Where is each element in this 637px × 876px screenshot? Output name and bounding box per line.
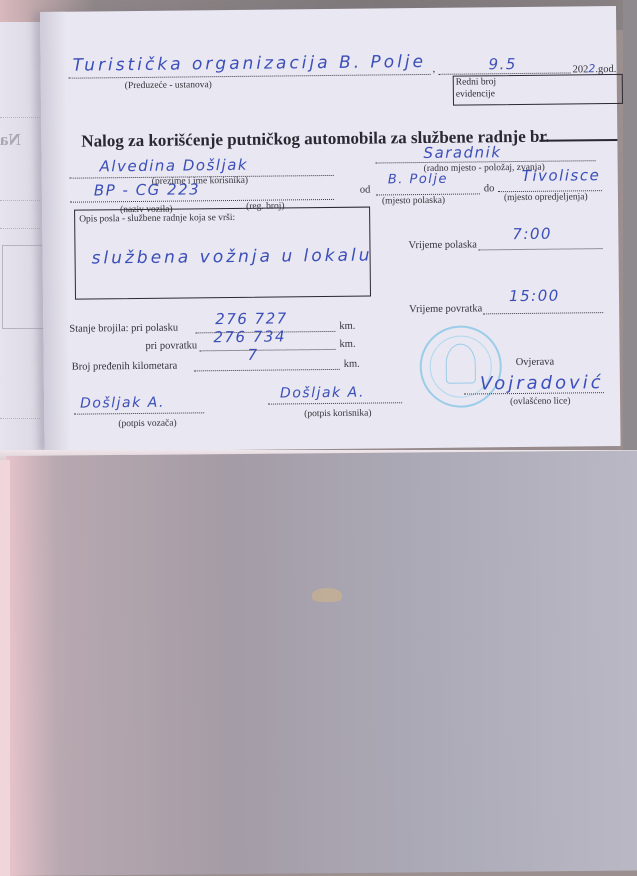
back-page-dotline [0, 228, 40, 229]
driver-caption: (potpis vozača) [118, 419, 176, 430]
route-to-caption: (mjesto opredjeljenja) [504, 192, 588, 203]
route-from-caption: (mjesto polaska) [382, 196, 445, 207]
distance-value: 7 [248, 346, 259, 364]
user-signature: Došljak A. [280, 385, 365, 402]
comma: , [433, 64, 436, 75]
stamp-emblem-icon [445, 343, 475, 383]
departure-time-handwritten: 7:00 [512, 225, 552, 243]
blank-lower-page [6, 450, 637, 875]
distance-line [194, 369, 340, 372]
back-page-dotline [0, 418, 40, 419]
route-from-handwritten: B. Polje [388, 172, 448, 188]
job-description-handwritten: službena vožnja u lokalu [91, 246, 372, 269]
return-time-label: Vrijeme povratka [409, 303, 482, 315]
driver-signature: Došljak A. [80, 395, 165, 412]
route-to-label: do [484, 183, 495, 194]
user-signature-caption: (potpis korisnika) [304, 409, 371, 420]
organization-handwritten: Turistička organizacija B. Polje [72, 52, 426, 76]
travel-order-form: Turistička organizacija B. Polje (Preduz… [40, 6, 621, 452]
departure-time-label: Vrijeme polaska [408, 239, 477, 251]
vehicle-reg-handwritten: BP - CG 223 [94, 180, 200, 199]
return-time-line [483, 312, 603, 314]
odometer-departure-value: 276 727 [215, 309, 288, 328]
departure-time-line [479, 248, 603, 250]
job-description-box: Opis posla - službene radnje koja se vrš… [74, 207, 371, 300]
odometer-return-line [200, 349, 336, 351]
distance-unit: km. [344, 359, 360, 370]
paper-stain [312, 588, 342, 602]
official-stamp [419, 325, 502, 408]
return-time-handwritten: 15:00 [509, 287, 560, 306]
user-name-handwritten: Alvedina Došljak [100, 156, 249, 176]
authorized-caption: (ovlašćeno lice) [510, 396, 571, 407]
evidence-number-box: Redni broj evidencije [453, 74, 623, 106]
odometer-return-value: 276 734 [213, 327, 286, 346]
scanner-background-right [623, 0, 637, 460]
certify-label: Ovjerava [516, 357, 555, 368]
odometer-departure-unit: km. [339, 321, 355, 332]
order-number-line [539, 139, 617, 142]
route-to-handwritten: Tivolisce [522, 166, 601, 185]
date-handwritten: 9.5 [488, 55, 517, 73]
authorized-line [464, 392, 604, 394]
authorized-signature: Vojradović [480, 372, 604, 394]
driver-line [74, 412, 204, 414]
odometer-return-label: pri povratku [145, 340, 197, 352]
user-signature-line [268, 402, 402, 404]
odometer-return-unit: km. [339, 339, 355, 350]
position-handwritten: Saradnik [423, 143, 501, 162]
job-description-label: Opis posla - službene radnje koja se vrš… [79, 213, 235, 225]
back-page-ghost-title: Na [0, 130, 21, 150]
organization-caption: (Preduzeće - ustanova) [125, 80, 212, 91]
page-fold-shadow [40, 12, 71, 452]
back-page-dotline [0, 200, 40, 201]
back-page-dotline [0, 117, 40, 118]
odometer-departure-label: Stanje brojila: pri polasku [69, 323, 178, 335]
route-from-label: od [360, 185, 371, 196]
lower-page-left-edge [0, 460, 10, 876]
distance-label: Broj pređenih kilometara [72, 361, 178, 373]
evidence-label-line2: evidencije [454, 87, 622, 101]
back-page-ghost-box [2, 245, 46, 329]
vehicle-line [70, 199, 334, 203]
